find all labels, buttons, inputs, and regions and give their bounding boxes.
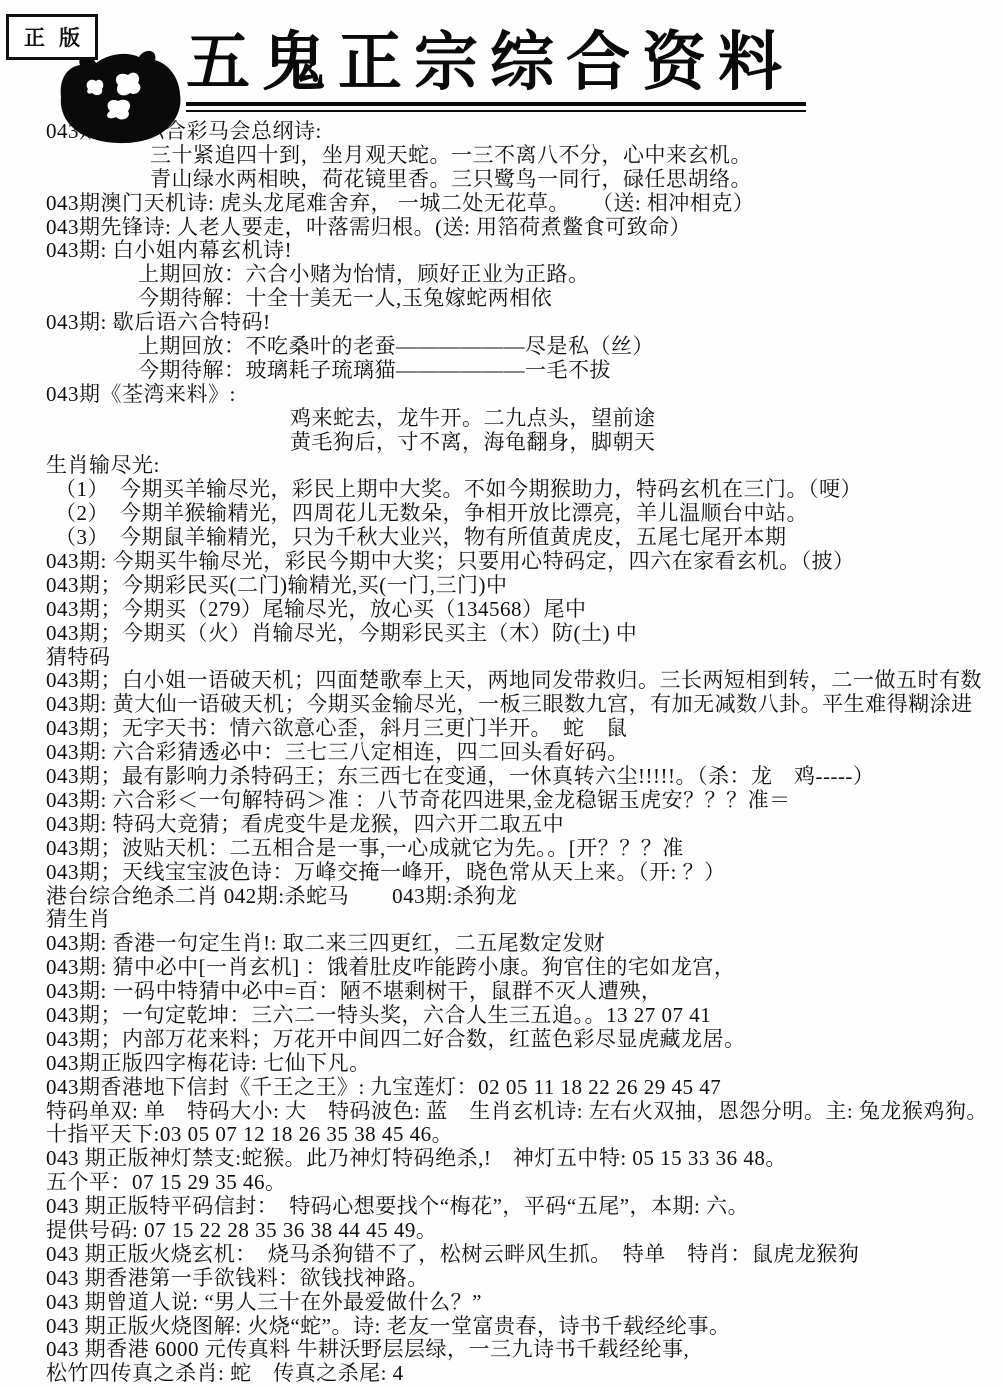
page-title: 五鬼正宗综合资料 [186,26,806,100]
text-line: 特码单双: 单 特码大小: 大 特码波色: 蓝 生肖玄机诗: 左右火双抽，恩怨分… [46,1100,1001,1124]
title-underline-thin [186,110,806,112]
text-line: 043期: 香港一句定生肖!: 取二来三四更红，二五尾数定发财 [46,932,1001,956]
text-line: 043期；无字天书：情六欲意心歪，斜月三更门半开。 蛇 鼠 [46,717,1001,741]
ink-stamp-icon [56,48,188,144]
text-line: 043 期正版火烧图解: 火烧“蛇”。诗: 老友一堂富贵春，诗书千载经纶事。 [46,1315,1001,1339]
authenticity-badge: 正版 [6,14,98,60]
text-line: 猜特码 [46,646,1001,670]
text-line: 043期香港地下信封《千王之王》: 九宝莲灯：02 05 11 18 22 26… [46,1076,1001,1100]
text-line: 043期；天线宝宝波色诗：万峰交掩一峰开，晓色常从天上来。（开: ？） [46,861,1001,885]
text-line: 猜生肖 [46,908,1001,932]
text-line: 提供号码: 07 15 22 28 35 36 38 44 45 49。 [46,1219,1001,1243]
text-line: 043 期正版神灯禁支:蛇猴。此乃神灯特码绝杀,! 神灯五中特: 05 15 3… [46,1147,1001,1171]
masthead: 五鬼正宗综合资料 [186,26,806,112]
text-line: 043期；白小姐一语破天机；四面楚歌奉上天，两地同发带救归。三长两短相到转，二一… [46,669,1001,693]
text-line: 043期；内部万花来料；万花开中间四二好合数，红蓝色彩尽显虎藏龙居。 [46,1028,1001,1052]
text-line: 043期: 白小姐内幕玄机诗! [46,239,1001,263]
text-line: 043 期正版火烧玄机： 烧马杀狗错不了，松树云畔风生抓。 特单 特肖：鼠虎龙猴… [46,1243,1001,1267]
text-line: 043期；波贴天机：二五相合是一事,一心成就它为先。。[开？？？准 [46,837,1001,861]
text-line: 043期: 猜中必中[一肖玄机] ：饿着肚皮咋能跨小康。狗官住的宅如龙宫， [46,956,1001,980]
text-line: 043期: 六合彩猜透必中：三七三八定相连，四二回头看好码。 [46,741,1001,765]
text-line: 043期；今期买（火）肖输尽光，今期彩民买主（木）防(土) 中 [46,622,1001,646]
authenticity-badge-label: 正版 [10,22,94,52]
text-line: 043期澳门天机诗: 虎头龙尾难舍弃， 一城二处无花草。 （送: 相冲相克） [46,192,1001,216]
text-line: 043期: 一码中特猜中必中=百：陋不堪剩树干，鼠群不灭人遭殃， [46,980,1001,1004]
text-line: 松竹四传真之杀肖: 蛇 传真之杀尾: 4 [46,1362,1001,1386]
text-line: 043期正版四字梅花诗: 七仙下凡。 [46,1052,1001,1076]
text-line: 043期；一句定乾坤：三六二一特头奖，六合人生三五追。。13 27 07 41 [46,1004,1001,1028]
text-line: 今期待解：玻璃耗子琉璃猫——————一毛不拔 [46,359,1001,383]
text-line: 鸡来蛇去，龙牛开。二九点头，望前途 [46,407,1001,431]
text-line: （2） 今期羊猴输精光，四周花儿无数朵，争相开放比漂亮，羊儿温顺台中站。 [46,502,1001,526]
text-line: 三十紧追四十到，坐月观天蛇。一三不离八不分，心中来玄机。 [46,144,1001,168]
text-line: 生肖输尽光: [46,454,1001,478]
text-line: 黄毛狗后，寸不离，海龟翻身，脚朝天 [46,431,1001,455]
text-line: 青山绿水两相映，荷花镜里香。三只鹭鸟一同行，碌任思胡络。 [46,168,1001,192]
text-line: 043 期正版特平码信封： 特码心想要找个“梅花”，平码“五尾”，本期: 六。 [46,1195,1001,1219]
text-line: 043期《荃湾来料》: [46,383,1001,407]
text-line: 043期；今期买（279）尾输尽光，放心买（134568）尾中 [46,598,1001,622]
text-line: 043 期香港第一手欲钱料：欲钱找神路。 [46,1267,1001,1291]
text-line: 043期: 六合彩＜一句解特码＞准 ：八节奇花四进果,金龙稳锯玉虎安？？？准＝ [46,789,1001,813]
text-line: （3） 今期鼠羊输精光，只为千秋大业兴，物有所值黄虎皮，五尾七尾开本期 [46,526,1001,550]
text-line: 043期: 歇后语六合特码! [46,311,1001,335]
text-line: 今期待解：十全十美无一人,玉兔嫁蛇两相依 [46,287,1001,311]
text-line: 043期: 今期买牛输尽光，彩民今期中大奖；只要用心特码定，四六在家看玄机。（披… [46,550,1001,574]
document-page: 正版 五鬼正宗综合资料 043期香港六合彩马会总纲诗: 三十紧追四十到，坐月观天… [0,0,1003,1388]
text-line: 上期回放：六合小赌为怡情，顾好正业为正路。 [46,263,1001,287]
document-body: 043期香港六合彩马会总纲诗: 三十紧追四十到，坐月观天蛇。一三不离八不分，心中… [46,120,1001,1386]
text-line: （1） 今期买羊输尽光，彩民上期中大奖。不如今期猴助力，特码玄机在三门。（哽） [46,478,1001,502]
text-line: 五个平：07 15 29 35 46。 [46,1171,1001,1195]
text-line: 043 期香港 6000 元传真料 牛耕沃野层层绿，一三九诗书千载经纶事, [46,1338,1001,1362]
text-line: 上期回放：不吃桑叶的老蚕——————尽是私（丝） [46,335,1001,359]
text-line: 港台综合绝杀二肖 042期:杀蛇马 043期:杀狗龙 [46,885,1001,909]
text-line: 043期: 特码大竞猜；看虎变牛是龙猴，四六开二取五中 [46,813,1001,837]
text-line: 043期；今期彩民买(二门)输精光,买(一门,三门)中 [46,574,1001,598]
text-line: 十指平天下:03 05 07 12 18 26 35 38 45 46。 [46,1123,1001,1147]
text-line: 043 期曾道人说: “男人三十在外最爱做什么？” [46,1291,1001,1315]
title-underline-thick [186,102,806,106]
text-line: 043期香港六合彩马会总纲诗: [46,120,1001,144]
text-line: 043期；最有影响力杀特码王；东三西七在变通，一休真转六尘!!!!!。（杀：龙 … [46,765,1001,789]
text-line: 043期先锋诗: 人老人要走，叶落需归根。(送: 用箔荷煮鳖食可致命） [46,216,1001,240]
text-line: 043期: 黄大仙一语破天机；今期买金输尽光，一板三眼数九宫，有加无减数八卦。平… [46,693,1001,717]
